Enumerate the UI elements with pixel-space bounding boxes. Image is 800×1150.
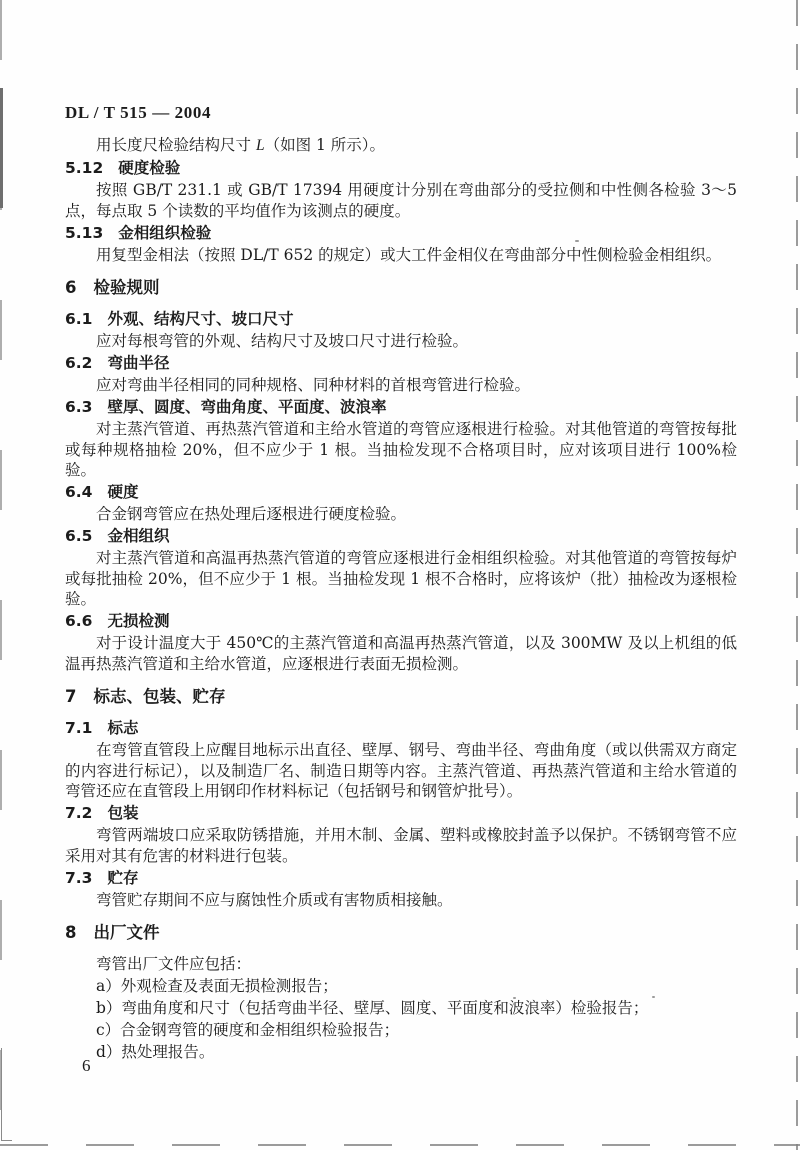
heading-number: 6.1 xyxy=(65,310,92,328)
chapter-heading: 7标志、包装、贮存 xyxy=(65,686,737,708)
list-item: a）外观检查及表面无损检测报告； xyxy=(65,975,737,997)
list-item: b）弯曲角度和尺寸（包括弯曲半径、壁厚、圆度、平面度和波浪率）检验报告； xyxy=(65,997,737,1019)
paragraph: 弯管两端坡口应采取防锈措施，并用木制、金属、塑料或橡胶封盖予以保护。不锈钢弯管不… xyxy=(65,825,737,866)
scan-artifact-left-edge-dark xyxy=(0,88,3,208)
paragraph: 用复型金相法（按照 DL/T 652 的规定）或大工件金相仪在弯曲部分中性侧检验… xyxy=(65,245,737,266)
chapter-heading: 6检验规则 xyxy=(65,277,737,299)
document-body: 用长度尺检验结构尺寸 L（如图 1 所示）。5.12硬度检验按照 GB/T 23… xyxy=(65,135,737,1063)
section-heading: 6.6无损检测 xyxy=(65,611,737,632)
heading-number: 8 xyxy=(65,923,76,942)
scan-artifact-right-edge xyxy=(796,0,798,1150)
heading-title: 检验规则 xyxy=(93,278,159,297)
heading-number: 6.4 xyxy=(65,483,92,501)
math-variable: L xyxy=(256,137,265,154)
standard-number-header: DL / T 515 — 2004 xyxy=(65,103,737,123)
section-heading: 7.3贮存 xyxy=(65,868,737,889)
section-heading: 6.1外观、结构尺寸、坡口尺寸 xyxy=(65,309,737,330)
heading-number: 7.2 xyxy=(65,804,92,822)
section-heading: 6.2弯曲半径 xyxy=(65,353,737,374)
paragraph: 弯管出厂文件应包括： xyxy=(65,954,737,975)
scan-speck xyxy=(468,431,471,433)
heading-number: 6.3 xyxy=(65,398,92,416)
page-number: 6 xyxy=(82,1056,91,1076)
scan-artifact-bottom-left-corner xyxy=(1,1048,12,1141)
heading-title: 标志、包装、贮存 xyxy=(93,687,225,706)
heading-title: 标志 xyxy=(107,719,138,737)
paragraph: 按照 GB/T 231.1 或 GB/T 17394 用硬度计分别在弯曲部分的受… xyxy=(65,180,737,221)
heading-number: 6.2 xyxy=(65,354,92,372)
heading-title: 弯曲半径 xyxy=(107,354,169,372)
heading-title: 包装 xyxy=(107,804,138,822)
scan-speck xyxy=(575,240,579,242)
section-heading: 6.3壁厚、圆度、弯曲角度、平面度、波浪率 xyxy=(65,397,737,418)
chapter-heading: 8出厂文件 xyxy=(65,922,737,944)
heading-number: 7.3 xyxy=(65,869,92,887)
heading-title: 硬度 xyxy=(107,483,138,501)
heading-number: 7 xyxy=(65,687,76,706)
paragraph: 在弯管直管段上应醒目地标示出直径、壁厚、钢号、弯曲半径、弯曲角度（或以供需双方商… xyxy=(65,740,737,802)
section-heading: 7.1标志 xyxy=(65,718,737,739)
heading-title: 无损检测 xyxy=(107,612,169,630)
paragraph: 应对弯曲半径相同的同种规格、同种材料的首根弯管进行检验。 xyxy=(65,375,737,396)
paragraph: 弯管贮存期间不应与腐蚀性介质或有害物质相接触。 xyxy=(65,890,737,911)
heading-title: 硬度检验 xyxy=(118,159,180,177)
section-heading: 7.2包装 xyxy=(65,803,737,824)
section-heading: 5.13金相组织检验 xyxy=(65,223,737,244)
heading-number: 5.13 xyxy=(65,224,103,242)
page-scan: DL / T 515 — 2004 用长度尺检验结构尺寸 L（如图 1 所示）。… xyxy=(0,0,800,1150)
section-heading: 5.12硬度检验 xyxy=(65,158,737,179)
scan-speck xyxy=(513,997,516,999)
paragraph-text: （如图 1 所示）。 xyxy=(265,136,385,154)
heading-number: 6 xyxy=(65,278,76,297)
paragraph: 用长度尺检验结构尺寸 L（如图 1 所示）。 xyxy=(65,135,737,157)
scan-speck xyxy=(652,996,655,998)
list-item: c）合金钢弯管的硬度和金相组织检验报告； xyxy=(65,1019,737,1041)
heading-number: 7.1 xyxy=(65,719,92,737)
paragraph-text: 用长度尺检验结构尺寸 xyxy=(96,136,256,154)
section-heading: 6.4硬度 xyxy=(65,482,737,503)
heading-number: 5.12 xyxy=(65,159,103,177)
heading-number: 6.5 xyxy=(65,527,92,545)
heading-title: 外观、结构尺寸、坡口尺寸 xyxy=(107,310,293,328)
heading-title: 贮存 xyxy=(107,869,138,887)
list-item: d）热处理报告。 xyxy=(65,1041,737,1063)
heading-title: 出厂文件 xyxy=(93,923,159,942)
heading-title: 金相组织 xyxy=(107,527,169,545)
section-heading: 6.5金相组织 xyxy=(65,526,737,547)
heading-number: 6.6 xyxy=(65,612,92,630)
paragraph: 应对每根弯管的外观、结构尺寸及坡口尺寸进行检验。 xyxy=(65,331,737,352)
paragraph: 对于设计温度大于 450℃的主蒸汽管道和高温再热蒸汽管道，以及 300MW 及以… xyxy=(65,633,737,674)
paragraph: 对主蒸汽管道和高温再热蒸汽管道的弯管应逐根进行金相组织检验。对其他管道的弯管按每… xyxy=(65,548,737,610)
document-content: DL / T 515 — 2004 用长度尺检验结构尺寸 L（如图 1 所示）。… xyxy=(65,103,737,1063)
paragraph: 合金钢弯管应在热处理后逐根进行硬度检验。 xyxy=(65,504,737,525)
heading-title: 壁厚、圆度、弯曲角度、平面度、波浪率 xyxy=(107,398,386,416)
scan-artifact-bottom-edge xyxy=(0,1144,800,1146)
paragraph: 对主蒸汽管道、再热蒸汽管道和主给水管道的弯管应逐根进行检验。对其他管道的弯管按每… xyxy=(65,419,737,481)
heading-title: 金相组织检验 xyxy=(118,224,211,242)
